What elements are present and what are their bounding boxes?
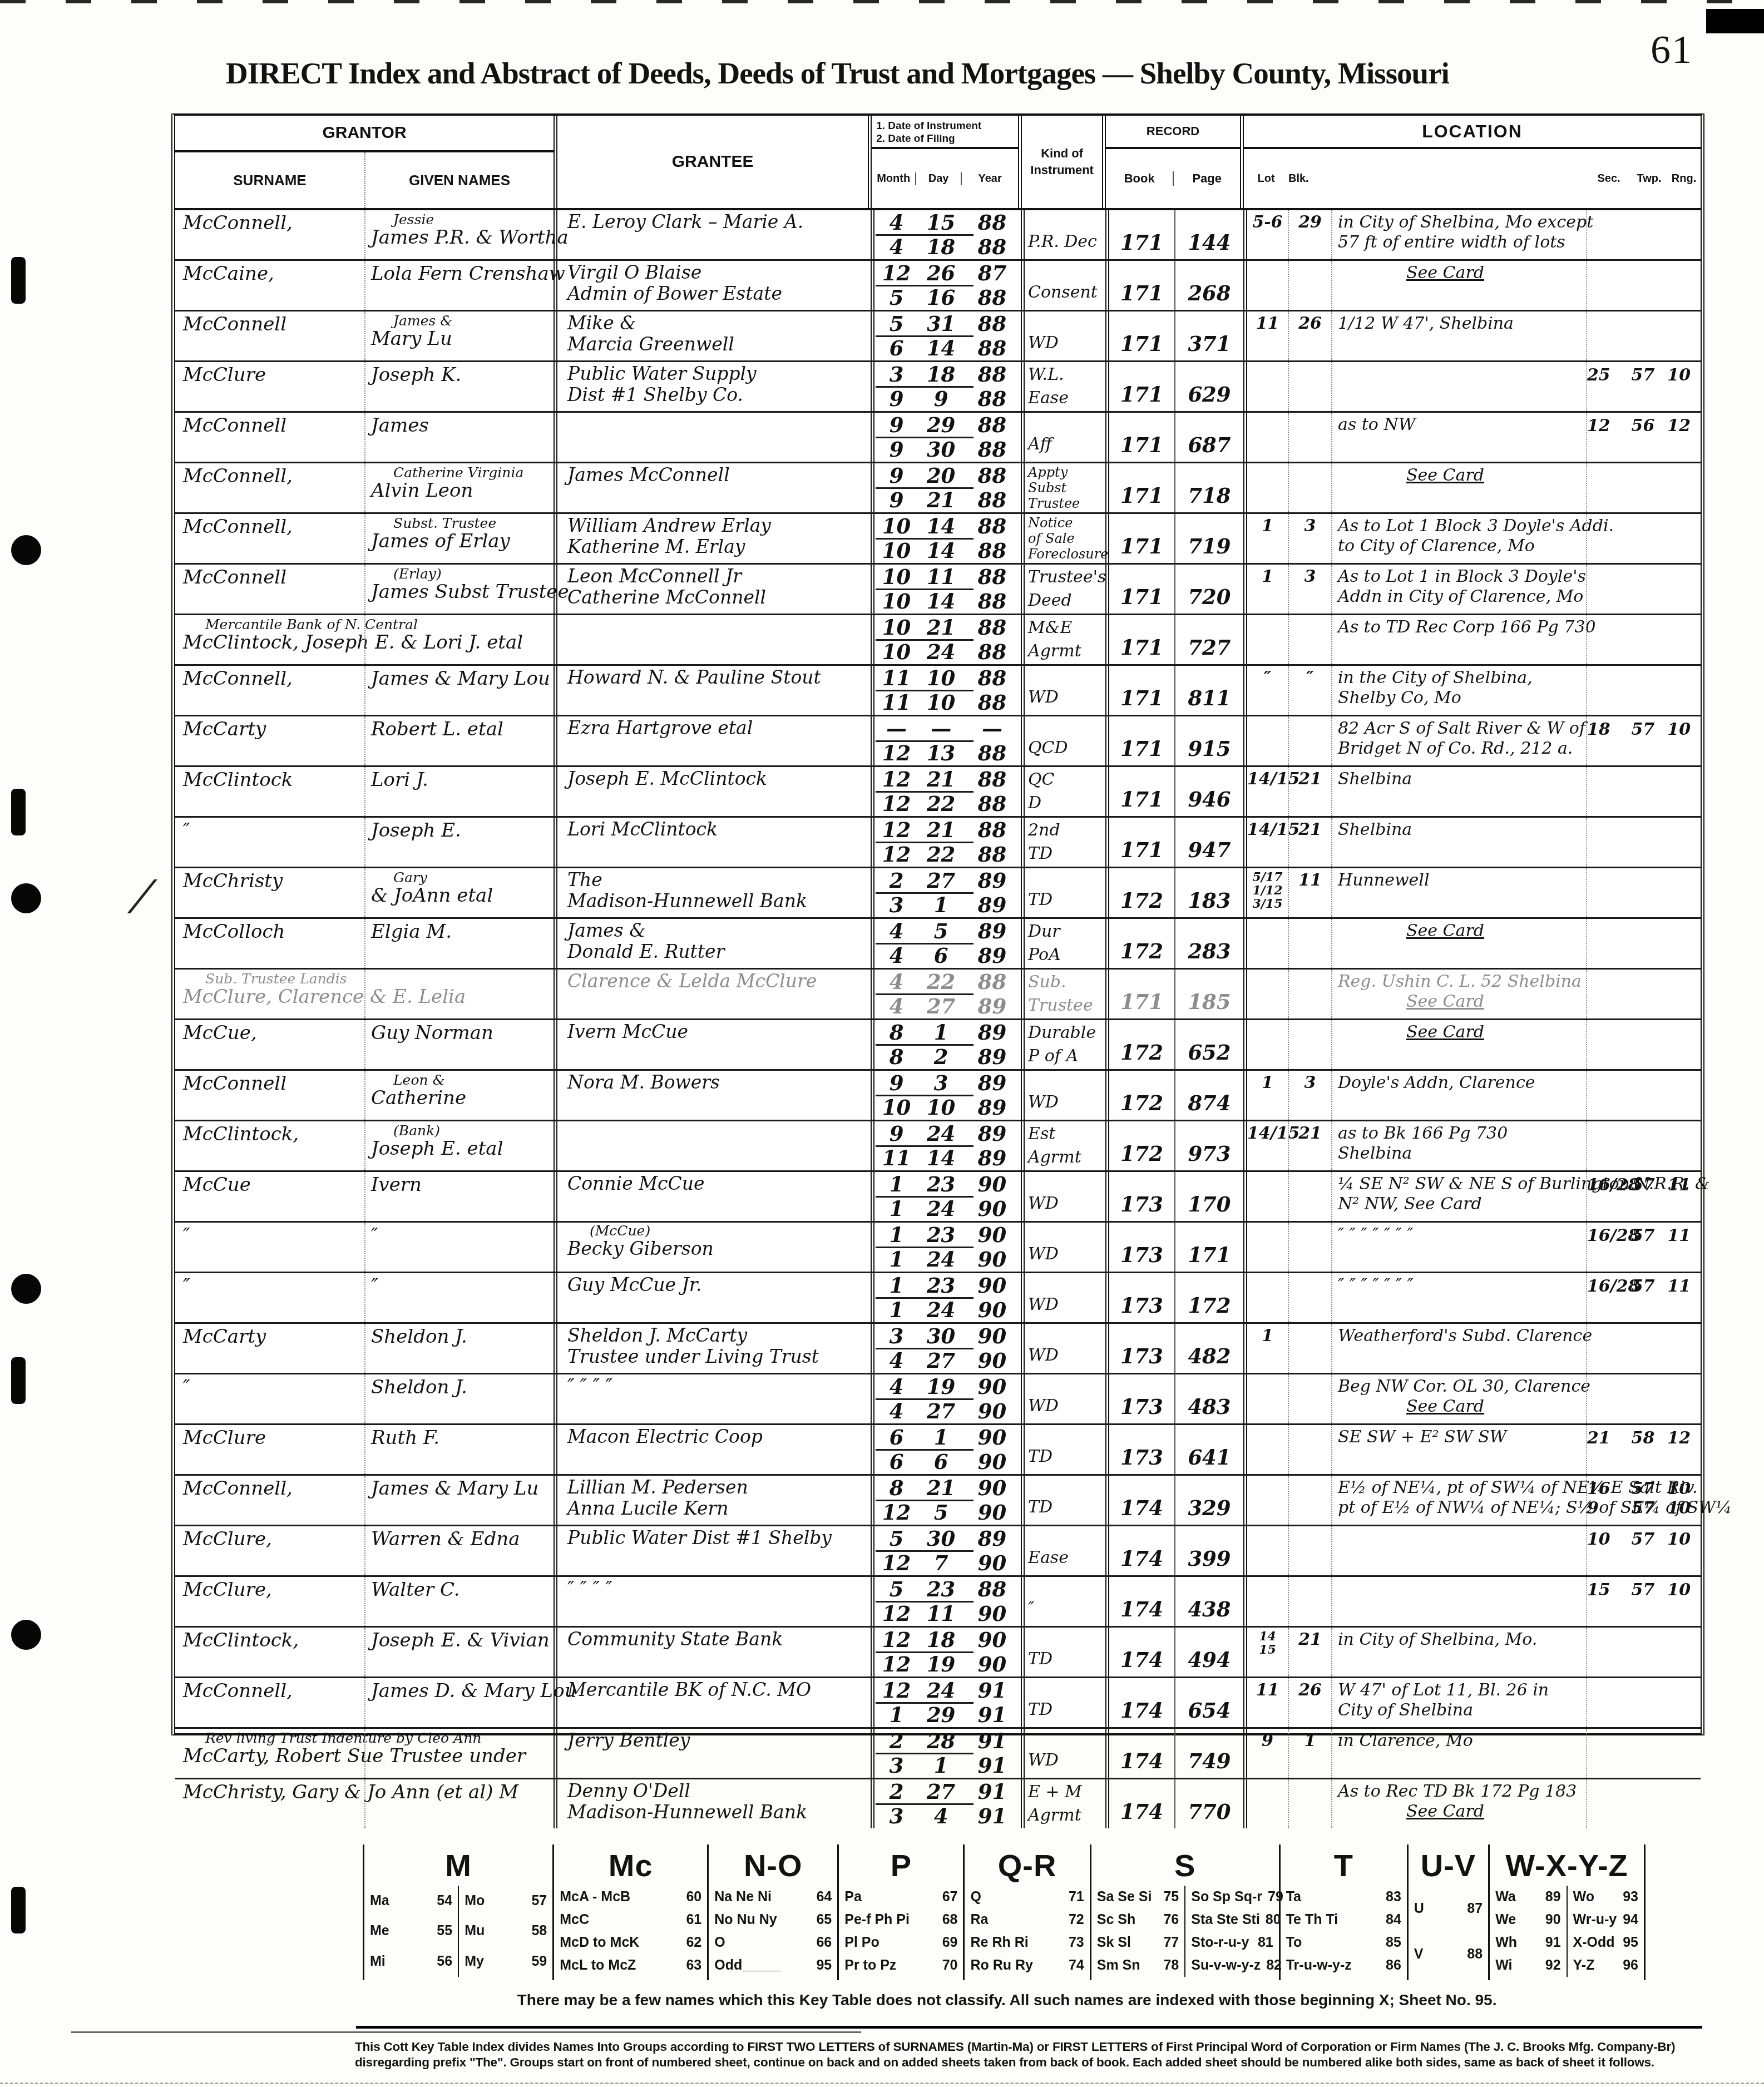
key-entry-label: Sa Se Si — [1097, 1889, 1152, 1905]
header-rng: Rng. — [1667, 172, 1701, 185]
surname-text: McCarty — [183, 1326, 364, 1347]
date-year: 88 — [963, 792, 1021, 816]
date-day: 29 — [918, 1703, 963, 1727]
grantee-cell: Guy McCue Jr. — [554, 1273, 871, 1322]
date-of-filing: 3191 — [874, 1753, 1021, 1778]
surname-cell: McConnell — [175, 413, 364, 462]
date-of-filing: 12490 — [874, 1196, 1021, 1221]
dates-cell: 1239012490 — [871, 1273, 1021, 1322]
table-row: McConnellLeon &CatherineNora M. Bowers93… — [175, 1069, 1701, 1120]
location-cell: See Card — [1331, 261, 1586, 310]
date-year: 88 — [963, 842, 1021, 867]
kind-line: WD — [1028, 1347, 1105, 1364]
date-month: 3 — [874, 893, 918, 917]
sec-value: 16/28 — [1587, 1175, 1632, 1195]
date-day: 18 — [918, 362, 963, 387]
date-month: 1 — [874, 1196, 918, 1221]
sec-twp-rng-line: 155710 — [1587, 1580, 1701, 1600]
surname-text: McClintock, — [183, 1124, 364, 1145]
header-grantee: GRANTEE — [554, 116, 868, 208]
lot-value: 1 — [1247, 516, 1288, 536]
record-page-cell: 268 — [1174, 261, 1243, 310]
kind-of-instrument-cell: TD — [1021, 1678, 1105, 1727]
date-year: 89 — [963, 1146, 1021, 1170]
key-entry: Te Th Ti84 — [1286, 1912, 1401, 1928]
date-year: 89 — [963, 994, 1021, 1018]
surname-text: ″ — [183, 1225, 364, 1246]
grantee-cell: Denny O'DellMadison-Hunnewell Bank — [554, 1779, 871, 1828]
date-of-filing: 101089 — [874, 1095, 1021, 1120]
date-of-filing: 12790 — [874, 1551, 1021, 1575]
record-book-cell: 172 — [1105, 919, 1174, 968]
lot-line: 3/15 — [1247, 897, 1288, 911]
location-line: Doyle's Addn, Clarence — [1338, 1073, 1586, 1093]
surname-text: McClintock, Joseph E. & Lori J. etal — [183, 632, 364, 653]
grantee-line: Denny O'Dell — [567, 1781, 871, 1802]
given-text: Ivern — [371, 1174, 554, 1195]
given-text: Robert L. etal — [371, 719, 554, 740]
key-subcolumn: Wo93Wr-u-y94X-Odd95Y-Z96 — [1567, 1886, 1644, 1977]
date-of-filing: 111489 — [874, 1146, 1021, 1170]
date-year: 91 — [963, 1753, 1021, 1778]
key-entry-label: Tr-u-w-y-z — [1286, 1957, 1352, 1974]
lot-cell: 1 — [1243, 1071, 1288, 1120]
sec-twp-rng-line: 105710 — [1587, 1530, 1701, 1549]
kind-of-instrument-cell: WD — [1021, 1273, 1105, 1322]
binder-mark — [11, 1274, 41, 1304]
date-month: 4 — [874, 210, 918, 235]
page-number: 61 — [1651, 27, 1693, 73]
kind-line: Appty — [1028, 465, 1105, 479]
sec-twp-rng-cell — [1586, 210, 1701, 259]
date-day: 11 — [918, 1601, 963, 1626]
twp-value: 57 — [1632, 1530, 1668, 1549]
key-entry-sheet: 89 — [1540, 1889, 1561, 1905]
kind-of-instrument-cell: Ease — [1021, 1526, 1105, 1575]
key-subcolumn: So Sp Sq-r79Sta Ste Sti80Sto-r-u-y81Su-v… — [1184, 1886, 1279, 1977]
date-month: 4 — [874, 1399, 918, 1423]
date-day: 14 — [918, 1146, 963, 1170]
key-entry-sheet: 73 — [1063, 1935, 1084, 1951]
location-cell: in the City of Shelbina,Shelby Co, Mo — [1331, 666, 1586, 715]
kind-line: Ease — [1028, 389, 1105, 407]
lot-cell: 1415 — [1243, 1628, 1288, 1676]
location-cell: Shelbina — [1331, 818, 1586, 867]
date-of-instrument: 52388 — [874, 1577, 1021, 1601]
date-day: 2 — [918, 1045, 963, 1069]
key-entry: O66 — [714, 1935, 832, 1951]
date-of-filing: 42790 — [874, 1399, 1021, 1423]
given-names-cell: Robert L. etal — [364, 716, 554, 765]
grantee-note: (McCue) — [567, 1224, 871, 1238]
binder-mark — [11, 1620, 41, 1650]
date-day: 16 — [918, 285, 963, 310]
dates-cell: 52388121190 — [871, 1577, 1021, 1626]
date-month: 3 — [874, 1804, 918, 1828]
date-year: 89 — [963, 1121, 1021, 1146]
kind-line: TD — [1028, 1701, 1105, 1719]
date-month: 12 — [874, 767, 918, 792]
key-entry: Pl Po69 — [844, 1935, 957, 1951]
given-names-cell: James D. & Mary Lou — [364, 1678, 554, 1727]
twp-value: 57 — [1632, 1580, 1668, 1600]
record-book: 171 — [1120, 534, 1163, 558]
surname-text: McConnell — [183, 1073, 364, 1094]
record-book: 174 — [1120, 1749, 1163, 1773]
sec-twp-rng-cell — [1586, 565, 1701, 614]
date-year: 88 — [963, 514, 1021, 538]
date-year: 91 — [963, 1804, 1021, 1828]
record-page: 171 — [1188, 1243, 1231, 1267]
kind-line: WD — [1028, 1752, 1105, 1769]
date-year: 90 — [963, 1399, 1021, 1423]
blk-cell — [1288, 919, 1331, 968]
date-year: 90 — [963, 1425, 1021, 1450]
date-day: 24 — [918, 1247, 963, 1272]
location-line: E½ of NE¼, pt of SW¼ of NE¼ E Salt Riv. — [1338, 1478, 1586, 1498]
key-entry: Pr to Pz70 — [844, 1957, 957, 1974]
date-of-filing: 42789 — [874, 994, 1021, 1018]
sec-twp-rng-cell: 16571095710 — [1586, 1476, 1701, 1525]
grantee-cell: Macon Electric Coop — [554, 1425, 871, 1474]
date-day: 22 — [918, 842, 963, 867]
dates-cell: 4228842789 — [871, 970, 1021, 1018]
date-month: 12 — [874, 1500, 918, 1525]
key-entry: Y-Z96 — [1573, 1957, 1638, 1974]
kind-of-instrument-cell: W.L.Ease — [1021, 362, 1105, 411]
date-day: 1 — [918, 893, 963, 917]
date-year: 87 — [963, 261, 1021, 285]
kind-of-instrument-cell: TD — [1021, 1425, 1105, 1474]
given-names-cell: Lola Fern Crenshaw — [364, 261, 554, 310]
surname-text: McCue, — [183, 1022, 364, 1043]
kind-line: TD — [1028, 1650, 1105, 1668]
given-names-cell: James & Mary Lou — [364, 666, 554, 715]
date-of-instrument: 101488 — [874, 514, 1021, 538]
twp-value: 57 — [1632, 1499, 1668, 1518]
key-entry: Sa Se Si75 — [1097, 1889, 1179, 1905]
record-page-cell: 719 — [1174, 514, 1243, 563]
blk-value: 29 — [1289, 212, 1331, 232]
blk-cell: 3 — [1288, 514, 1331, 563]
key-entry-label: Mu — [465, 1923, 485, 1939]
given-names-cell: James — [364, 413, 554, 462]
rng-value: 10 — [1667, 720, 1701, 739]
kind-line: TD — [1028, 1499, 1105, 1516]
key-table-note: There may be a few names which this Key … — [312, 1991, 1702, 2009]
date-month: 12 — [874, 1678, 918, 1703]
record-book-cell: 171 — [1105, 767, 1174, 816]
kind-of-instrument-cell: Trustee'sDeed — [1021, 565, 1105, 614]
record-page: 654 — [1188, 1698, 1231, 1723]
sec-twp-rng-cell — [1586, 463, 1701, 512]
dates-cell: 102188102488 — [871, 615, 1021, 664]
record-page-cell: 185 — [1174, 970, 1243, 1018]
date-year: 88 — [963, 210, 1021, 235]
key-subcolumn: Q71Ra72Re Rh Ri73Ro Ru Ry74 — [965, 1886, 1089, 1977]
kind-of-instrument-cell: WD — [1021, 1172, 1105, 1221]
record-book: 174 — [1120, 1698, 1163, 1723]
key-entry: Q71 — [970, 1889, 1084, 1905]
key-entry-label: Sto-r-u-y — [1191, 1935, 1249, 1951]
date-day: 19 — [918, 1652, 963, 1676]
key-entry: Mi56 — [370, 1954, 452, 1970]
key-entry-sheet: 96 — [1617, 1957, 1638, 1974]
date-year: 88 — [963, 387, 1021, 411]
key-column-t: TTa83Te Th Ti84To85Tr-u-w-y-z86 — [1279, 1844, 1407, 1980]
location-line: in the City of Shelbina, — [1338, 668, 1586, 688]
record-page-cell: 641 — [1174, 1425, 1243, 1474]
date-of-instrument: 122188 — [874, 767, 1021, 792]
grantee-line: James McConnell — [567, 464, 871, 486]
record-book-cell: 172 — [1105, 1071, 1174, 1120]
surname-text: McCue — [183, 1174, 364, 1195]
header-sec: Sec. — [1587, 172, 1631, 185]
grantee-cell: ″ ″ ″ ″ — [554, 1374, 871, 1423]
date-of-instrument: 33090 — [874, 1324, 1021, 1348]
location-line: As to Lot 1 Block 3 Doyle's Addi. — [1338, 516, 1586, 536]
sec-twp-rng-cell — [1586, 1324, 1701, 1373]
blk-cell — [1288, 1374, 1331, 1423]
lot-value: 1 — [1247, 1073, 1288, 1092]
date-year: 90 — [963, 1298, 1021, 1322]
location-line: Shelbina — [1338, 1144, 1586, 1164]
date-of-instrument: 53188 — [874, 311, 1021, 336]
key-entry-sheet: 62 — [680, 1935, 701, 1951]
date-month: 8 — [874, 1020, 918, 1045]
date-year: 90 — [963, 1628, 1021, 1652]
grantee-line: William Andrew Erlay — [567, 515, 871, 536]
location-cell: Reg. Ushin C. L. 52 ShelbinaSee Card — [1331, 970, 1586, 1018]
kind-line: Trustee — [1028, 997, 1105, 1015]
kind-of-instrument-cell: E + MAgrmt — [1021, 1779, 1105, 1828]
lot-cell: 14/15 — [1243, 1121, 1288, 1170]
key-entry-sheet: 63 — [680, 1957, 701, 1974]
key-entry: Sc Sh76 — [1097, 1912, 1179, 1928]
date-of-filing: 61488 — [874, 336, 1021, 360]
surname-cell: ″ — [175, 1223, 364, 1272]
date-day: 27 — [918, 1399, 963, 1423]
date-of-filing: 121388 — [874, 741, 1021, 765]
date-month: 12 — [874, 1551, 918, 1575]
table-row: McCartyRobert L. etalEzra Hartgrove etal… — [175, 715, 1701, 765]
date-year: 88 — [963, 413, 1021, 437]
key-entry: Wa89 — [1495, 1889, 1560, 1905]
record-book-cell: 171 — [1105, 362, 1174, 411]
key-entry-sheet: 94 — [1617, 1912, 1638, 1928]
date-year: 89 — [963, 1071, 1021, 1095]
surname-cell: McClure, — [175, 1526, 364, 1575]
lot-cell — [1243, 615, 1288, 664]
kind-line: WD — [1028, 689, 1105, 706]
table-row: McClintock,Joseph E. & VivianCommunity S… — [175, 1626, 1701, 1676]
dates-cell: 9208892188 — [871, 463, 1021, 512]
location-cell: in City of Shelbina, Mo except57 ft of e… — [1331, 210, 1586, 259]
sec-twp-rng-cell — [1586, 261, 1701, 310]
kind-of-instrument-cell: WD — [1021, 1071, 1105, 1120]
given-text: Sheldon J. — [371, 1377, 554, 1398]
key-subcolumn: Ta83Te Th Ti84To85Tr-u-w-y-z86 — [1281, 1886, 1407, 1977]
location-cell: as to NW — [1331, 413, 1586, 462]
key-entry-sheet: 55 — [431, 1923, 452, 1939]
rng-value: 11 — [1667, 1226, 1701, 1245]
date-year: 90 — [963, 1450, 1021, 1474]
key-column-header: M — [364, 1844, 552, 1886]
table-row: ″″(McCue)Becky Giberson1239012490WD17317… — [175, 1221, 1701, 1272]
key-entry: Wr-u-y94 — [1573, 1912, 1638, 1928]
record-page-cell: 973 — [1174, 1121, 1243, 1170]
rng-value: 12 — [1667, 1428, 1701, 1448]
table-row: Mercantile Bank of N. CentralMcClintock,… — [175, 614, 1701, 664]
table-row: Rev living Trust Indenture by Cleo AnnMc… — [175, 1727, 1701, 1778]
grantee-line: Clarence & Lelda McClure — [567, 971, 871, 992]
table-row: McConnellJames &Mary LuMike &Marcia Gree… — [175, 310, 1701, 360]
fine-print-line2: disregarding prefix "The". Groups start … — [355, 2055, 1746, 2070]
key-entry-label: Mo — [465, 1893, 485, 1909]
date-of-filing: 111088 — [874, 690, 1021, 715]
header-book: Book — [1106, 171, 1173, 186]
location-line: City of Shelbina — [1338, 1700, 1586, 1720]
header-page: Page — [1173, 171, 1240, 186]
twp-value: 57 — [1632, 1226, 1667, 1245]
grantee-cell: Public Water Dist #1 Shelby — [554, 1526, 871, 1575]
date-year: 90 — [963, 1601, 1021, 1626]
date-of-instrument: 92988 — [874, 413, 1021, 437]
grantee-line: Jerry Bentley — [567, 1730, 871, 1751]
sec-twp-rng-cell: 155710 — [1586, 1577, 1701, 1626]
kind-line: WD — [1028, 1397, 1105, 1415]
kind-line: TD — [1028, 891, 1105, 909]
date-day: 24 — [918, 1196, 963, 1221]
grantee-cell: Joseph E. McClintock — [554, 767, 871, 816]
grantee-line: Public Water Supply — [567, 363, 871, 384]
sec-twp-rng-cell — [1586, 1020, 1701, 1069]
date-month: 2 — [874, 1729, 918, 1753]
blk-cell: ″ — [1288, 666, 1331, 715]
record-page-cell: 718 — [1174, 463, 1243, 512]
date-of-instrument: 12390 — [874, 1273, 1021, 1298]
record-page: 268 — [1188, 281, 1231, 305]
key-entry-label: Ta — [1286, 1889, 1301, 1905]
date-month: 12 — [874, 842, 918, 867]
date-month: 9 — [874, 1121, 918, 1146]
key-entry-sheet: 95 — [1617, 1935, 1638, 1951]
given-text: ″ — [371, 1275, 554, 1297]
lot-cell: 11 — [1243, 311, 1288, 360]
grantee-line: Public Water Dist #1 Shelby — [567, 1527, 871, 1549]
given-names-cell: (Erlay)James Subst Trustee — [364, 565, 554, 614]
record-book: 172 — [1120, 939, 1163, 963]
given-note: Catherine Virginia — [371, 466, 554, 480]
key-entry-sheet: 86 — [1380, 1957, 1401, 1974]
lot-cell: ″ — [1243, 666, 1288, 715]
given-text: James of Erlay — [371, 531, 554, 552]
date-of-instrument: 101188 — [874, 565, 1021, 589]
surname-cell: ″ — [175, 818, 364, 867]
dates-cell: ———121388 — [871, 716, 1021, 765]
record-book-cell: 173 — [1105, 1172, 1174, 1221]
blk-cell: 26 — [1288, 311, 1331, 360]
key-column-s: SSa Se Si75Sc Sh76Sk Sl77Sm Sn78So Sp Sq… — [1090, 1844, 1279, 1980]
blk-cell — [1288, 1779, 1331, 1828]
key-entry: Ro Ru Ry74 — [970, 1957, 1084, 1974]
grantee-line: Katherine M. Erlay — [567, 536, 871, 557]
date-year: 88 — [963, 818, 1021, 842]
blk-value: 3 — [1289, 567, 1331, 586]
date-of-instrument: 12390 — [874, 1223, 1021, 1247]
kind-of-instrument-cell: 2ndTD — [1021, 818, 1105, 867]
header-grantor: GRANTOR — [175, 116, 554, 152]
kind-line: Trustee's — [1028, 568, 1105, 586]
location-line: As to Rec TD Bk 172 Pg 183 — [1338, 1782, 1586, 1802]
grantee-line: Lillian M. Pedersen — [567, 1477, 871, 1498]
key-entry-label: Pl Po — [844, 1935, 879, 1951]
kind-line: Consent — [1028, 284, 1105, 301]
kind-of-instrument-cell: DurableP of A — [1021, 1020, 1105, 1069]
key-entry: X-Odd95 — [1573, 1935, 1638, 1951]
date-year: 90 — [963, 1652, 1021, 1676]
lot-cell: 1 — [1243, 565, 1288, 614]
blk-cell — [1288, 1425, 1331, 1474]
kind-line: PoA — [1028, 946, 1105, 964]
lot-cell — [1243, 1577, 1288, 1626]
table-row: McClure,Warren & EdnaPublic Water Dist #… — [175, 1525, 1701, 1575]
date-month: 10 — [874, 1095, 918, 1120]
header-blk: Blk. — [1288, 172, 1332, 185]
date-month: 3 — [874, 1753, 918, 1778]
surname-text: McColloch — [183, 921, 364, 942]
key-entry: Ma54 — [370, 1893, 452, 1909]
location-cell: See Card — [1331, 919, 1586, 968]
lot-value: ″ — [1247, 668, 1288, 688]
dates-cell: 12249112991 — [871, 1678, 1021, 1727]
dates-cell: 9389101089 — [871, 1071, 1021, 1120]
date-year: 88 — [963, 538, 1021, 563]
given-text: James & Mary Lu — [371, 1478, 554, 1499]
record-page: 727 — [1188, 635, 1231, 660]
header-date-filing: 2. Date of Filing — [876, 132, 1018, 145]
date-month: 4 — [874, 1348, 918, 1373]
date-month: 9 — [874, 437, 918, 462]
record-page: 144 — [1188, 230, 1231, 255]
kind-of-instrument-cell: WD — [1021, 1223, 1105, 1272]
kind-line: E + M — [1028, 1783, 1105, 1801]
date-day: 1 — [918, 1020, 963, 1045]
dates-cell: 3309042790 — [871, 1324, 1021, 1373]
date-of-filing: 12490 — [874, 1247, 1021, 1272]
date-year: 90 — [963, 1476, 1021, 1500]
date-month: 9 — [874, 413, 918, 437]
lot-cell — [1243, 919, 1288, 968]
date-day: 15 — [918, 210, 963, 235]
blk-value: ″ — [1289, 668, 1331, 688]
twp-value: 57 — [1632, 1175, 1667, 1195]
sec-twp-rng-line: 185710 — [1587, 720, 1701, 739]
header-record-group: RECORD Book Page — [1102, 116, 1240, 208]
ledger-page: 61 DIRECT Index and Abstract of Deeds, D… — [0, 0, 1764, 2087]
record-page: 399 — [1188, 1546, 1231, 1571]
surname-cell: McConnell — [175, 565, 364, 614]
table-row: ″″Guy McCue Jr.1239012490WD173172″ ″ ″ ″… — [175, 1272, 1701, 1322]
surname-text: McConnell, — [183, 212, 364, 234]
key-entry: Wi92 — [1495, 1957, 1560, 1974]
given-names-cell — [364, 970, 554, 1018]
table-row: ″Sheldon J.″ ″ ″ ″4199042790WD173483Beg … — [175, 1373, 1701, 1423]
date-of-filing: 41888 — [874, 235, 1021, 259]
date-month: 9 — [874, 463, 918, 488]
dates-cell: 61906690 — [871, 1425, 1021, 1474]
given-text: Warren & Edna — [371, 1529, 554, 1550]
